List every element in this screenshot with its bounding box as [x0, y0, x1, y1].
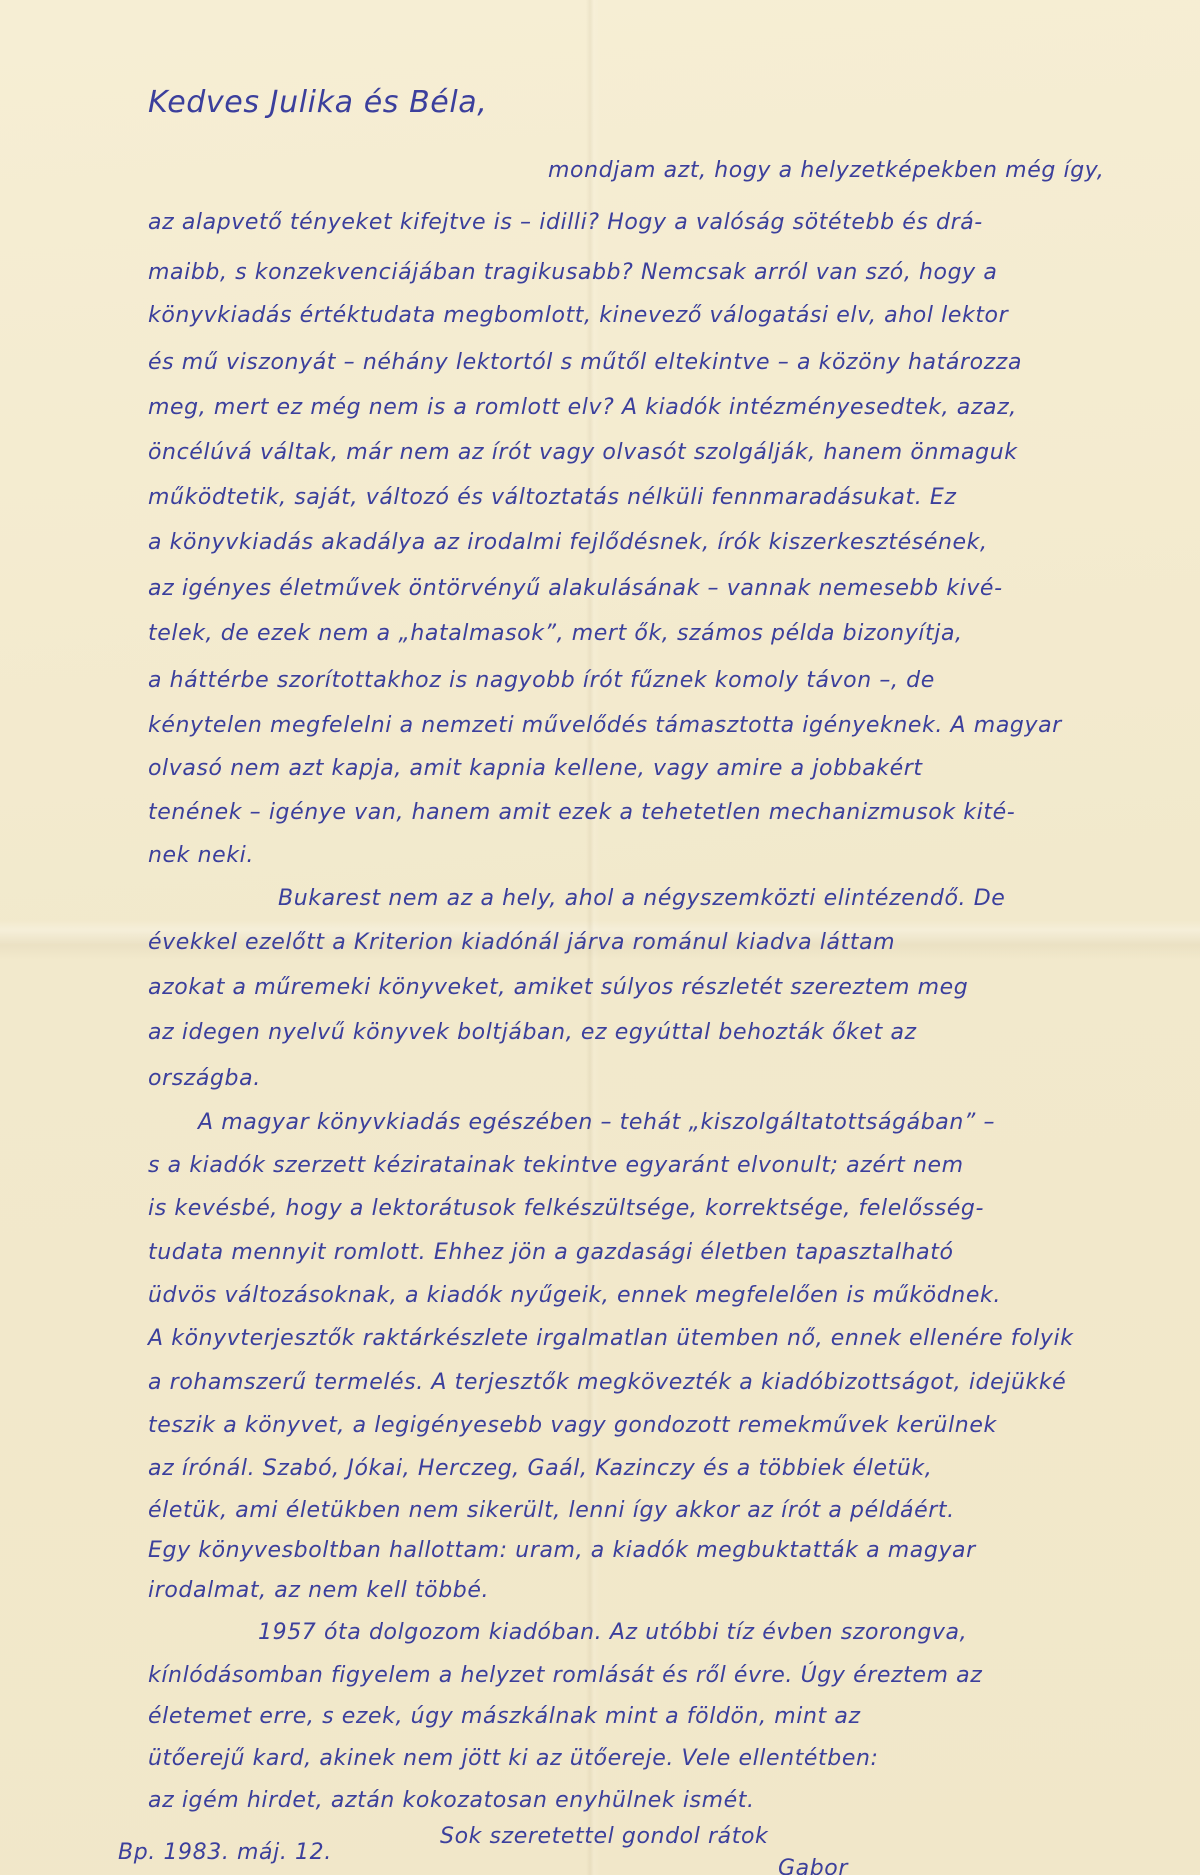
letter-line: tudata mennyit romlott. Ehhez jön a gazd…: [148, 1242, 954, 1264]
letter-line: Bukarest nem az a hely, ahol a négyszemk…: [278, 888, 1005, 910]
letter-line: nek neki.: [148, 845, 254, 867]
letter-line: az igém hirdet, aztán kokozatosan enyhül…: [148, 1790, 755, 1812]
letter-line: az igényes életművek öntörvényű alakulás…: [148, 578, 1003, 600]
letter-line: az alapvető tényeket kifejtve is – idill…: [148, 212, 983, 234]
letter-line: életük, ami életükben nem sikerült, lenn…: [148, 1500, 955, 1522]
letter-line: életemet erre, s ezek, úgy mászkálnak mi…: [148, 1706, 861, 1728]
letter-line: s a kiadók szerzett kéziratainak tekintv…: [148, 1155, 964, 1177]
letter-line: telek, de ezek nem a „hatalmasok”, mert …: [148, 623, 963, 645]
letter-line: könyvkiadás értéktudata megbomlott, kine…: [148, 305, 1008, 327]
letter-line: évekkel ezelőtt a Kriterion kiadónál jár…: [148, 932, 895, 954]
letter-line: is kevésbé, hogy a lektorátusok felkészü…: [148, 1198, 984, 1220]
letter-line: működtetik, saját, változó és változtatá…: [148, 487, 957, 509]
letter-line: a rohamszerű termelés. A terjesztők megk…: [148, 1372, 1066, 1394]
letter-line: az idegen nyelvű könyvek boltjában, ez e…: [148, 1022, 917, 1044]
letter-line: Egy könyvesboltban hallottam: uram, a ki…: [148, 1540, 976, 1562]
letter-line: országba.: [148, 1068, 261, 1090]
letter-line: olvasó nem azt kapja, amit kapnia kellen…: [148, 758, 923, 780]
letter-line: irodalmat, az nem kell többé.: [148, 1580, 489, 1602]
letter-line: kínlódásomban figyelem a helyzet romlásá…: [148, 1665, 982, 1687]
letter-line: öncélúvá váltak, már nem az írót vagy ol…: [148, 442, 1018, 464]
letter-line: az írónál. Szabó, Jókai, Herczeg, Gaál, …: [148, 1458, 932, 1480]
letter-line: azokat a műremeki könyveket, amiket súly…: [148, 977, 968, 999]
letter-salutation: Kedves Julika és Béla,: [148, 88, 487, 118]
letter-line: A könyvterjesztők raktárkészlete irgalma…: [148, 1328, 1074, 1350]
letter-line: tenének – igénye van, hanem amit ezek a …: [148, 802, 1015, 824]
letter-signature: Gabor: [778, 1858, 848, 1875]
letter-line: üdvös változásoknak, a kiadók nyűgeik, e…: [148, 1285, 1001, 1307]
letter-line: mondjam azt, hogy a helyzetképekben még …: [548, 160, 1104, 182]
letter-closing: Sok szeretettel gondol rátok: [440, 1826, 768, 1848]
letter-line: maibb, s konzekvenciájában tragikusabb? …: [148, 262, 997, 284]
letter-line: és mű viszonyát – néhány lektortól s műt…: [148, 352, 1022, 374]
letter-line: a könyvkiadás akadálya az irodalmi fejlő…: [148, 532, 988, 554]
letter-line: ütőerejű kard, akinek nem jött ki az ütő…: [148, 1748, 879, 1770]
letter-line: teszik a könyvet, a legigényesebb vagy g…: [148, 1415, 997, 1437]
letter-line: A magyar könyvkiadás egészében – tehát „…: [198, 1112, 995, 1134]
letter-line: a háttérbe szorítottakhoz is nagyobb író…: [148, 670, 935, 692]
letter-line: meg, mert ez még nem is a romlott elv? A…: [148, 397, 1017, 419]
letter-line: kénytelen megfelelni a nemzeti művelődés…: [148, 715, 1062, 737]
letter-line: 1957 óta dolgozom kiadóban. Az utóbbi tí…: [258, 1622, 967, 1644]
letter-date: Bp. 1983. máj. 12.: [118, 1842, 332, 1864]
